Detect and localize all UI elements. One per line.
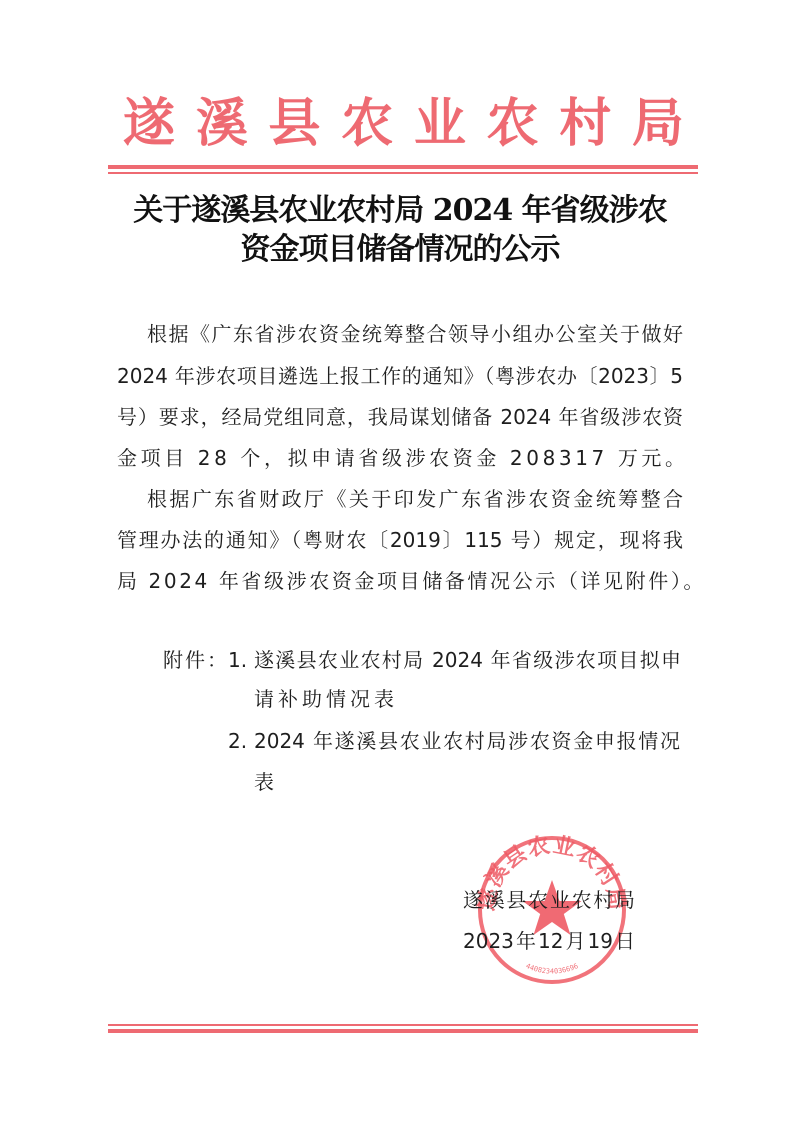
attachment-1-line1: 遂溪县农业农村局 2024 年省级涉农项目拟申 [254,650,681,670]
footer-rule-thin [108,1024,698,1026]
signature-date: 2023年12月19日 [463,931,635,951]
document-title-line2: 资金项目储备情况的公示 [100,235,700,265]
letterhead: 遂 溪 县 农 业 农 村 局 [108,92,698,156]
letterhead-char: 县 [268,98,320,150]
body-paragraph2-line: 局 2024 年省级涉农资金项目储备情况公示（详见附件）。 [117,571,683,591]
body-paragraph1-line: 2024 年涉农项目遴选上报工作的通知》（粤涉农办〔2023〕5 [117,366,683,386]
attachment-2-number: 2. [228,731,247,751]
document-title-line1: 关于遂溪县农业农村局 2024 年省级涉农 [100,196,700,226]
body-paragraph1-line: 号）要求，经局党组同意，我局谋划储备 2024 年省级涉农资 [117,407,683,427]
header-rule-thick [108,165,698,169]
letterhead-char: 农 [487,98,539,150]
header-rule-thin [108,172,698,174]
signature-organization: 遂溪县农业农村局 [463,890,635,910]
letterhead-char: 溪 [196,98,248,150]
document-page: 遂 溪 县 农 业 农 村 局 关于遂溪县农业农村局 2024 年省级涉农 资金… [0,0,800,1130]
body-paragraph1-line: 金项目 28 个，拟申请省级涉农资金 208317 万元。 [117,448,683,468]
letterhead-char: 村 [559,98,611,150]
attachment-2-line1: 2024 年遂溪县农业农村局涉农资金申报情况 [254,731,680,751]
attachment-2-line2: 表 [254,772,274,792]
svg-text:4408234036696: 4408234036696 [525,962,580,975]
letterhead-char: 遂 [123,98,175,150]
body-paragraph1-line: 根据《广东省涉农资金统筹整合领导小组办公室关于做好 [147,324,683,344]
letterhead-char: 局 [632,98,684,150]
attachment-1-number: 1. [228,650,247,670]
body-paragraph2-line: 根据广东省财政厅《关于印发广东省涉农资金统筹整合 [147,489,683,509]
letterhead-char: 业 [414,98,466,150]
seal-serial: 4408234036696 [525,962,580,975]
attachment-1-line2: 请补助情况表 [254,689,398,709]
body-paragraph2-line: 管理办法的通知》（粤财农〔2019〕115 号）规定，现将我 [117,530,683,550]
letterhead-char: 农 [341,98,393,150]
attachments-label: 附件： [163,650,229,670]
footer-rule-thick [108,1029,698,1033]
